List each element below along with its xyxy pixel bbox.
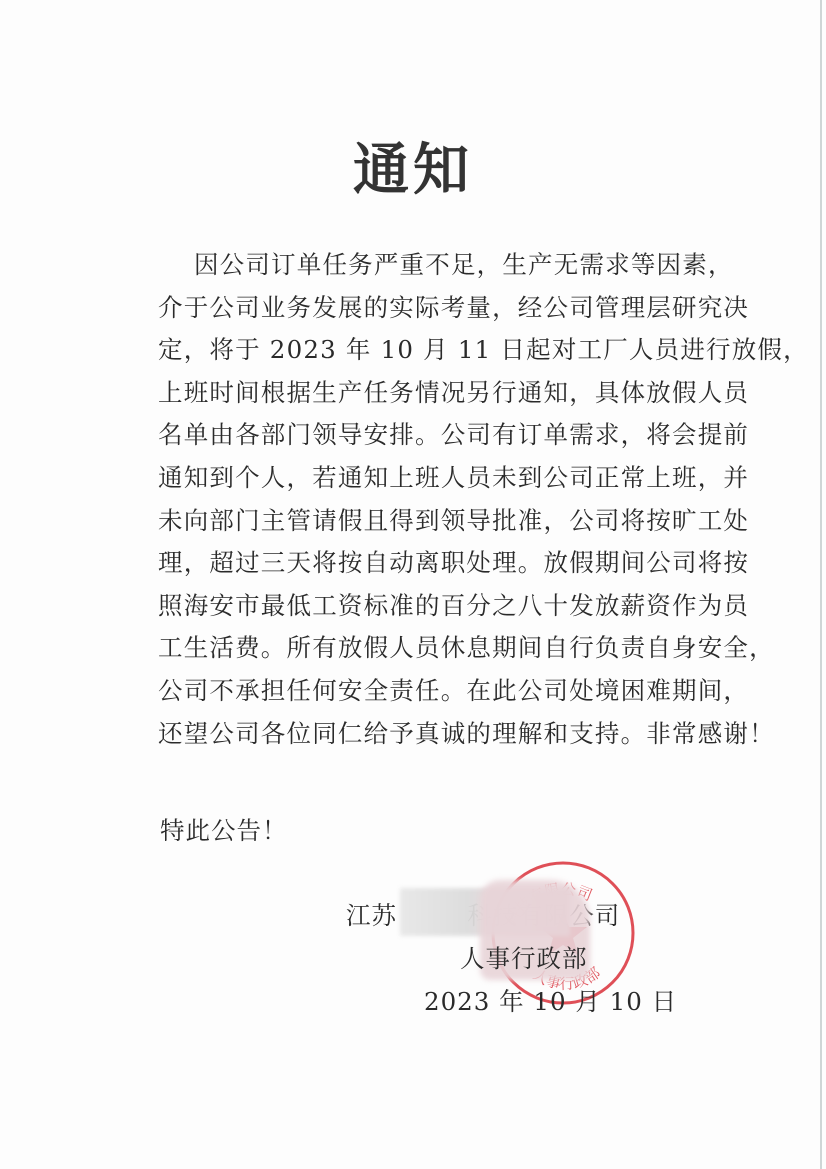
signature-department: 人事行政部 xyxy=(460,940,588,975)
body-line: 公司不承担任何安全责任。在此公司处境困难期间， xyxy=(158,670,698,713)
body-line: 工生活费。所有放假人员休息期间自行负责自身安全， xyxy=(158,627,698,670)
body-line: 上班时间根据生产任务情况另行通知，具体放假人员 xyxy=(158,372,698,415)
notice-body: 因公司订单任务严重不足，生产无需求等因素， 介于公司业务发展的实际考量，经公司管… xyxy=(158,244,698,755)
document-page: 通知 因公司订单任务严重不足，生产无需求等因素， 介于公司业务发展的实际考量，经… xyxy=(0,0,826,1169)
signature-date: 2023 年 10 月 10 日 xyxy=(424,983,677,1018)
body-line: 理，超过三天将按自动离职处理。放假期间公司将按 xyxy=(158,542,698,585)
body-line: 介于公司业务发展的实际考量，经公司管理层研究决 xyxy=(158,287,698,330)
body-line: 照海安市最低工资标准的百分之八十发放薪资作为员 xyxy=(158,585,698,628)
body-line: 未向部门主管请假且得到领导批准，公司将按旷工处 xyxy=(158,500,698,543)
body-line: 还望公司各位同仁给予真诚的理解和支持。非常感谢！ xyxy=(158,713,698,756)
closing-remark: 特此公告！ xyxy=(160,812,288,847)
body-line: 因公司订单任务严重不足，生产无需求等因素， xyxy=(158,244,698,287)
page-title: 通知 xyxy=(0,126,826,206)
body-line: 定，将于 2023 年 10 月 11 日起对工厂人员进行放假， xyxy=(158,329,698,372)
body-line: 名单由各部门领导安排。公司有订单需求，将会提前 xyxy=(158,414,698,457)
body-line: 通知到个人，若通知上班人员未到公司正常上班，并 xyxy=(158,457,698,500)
